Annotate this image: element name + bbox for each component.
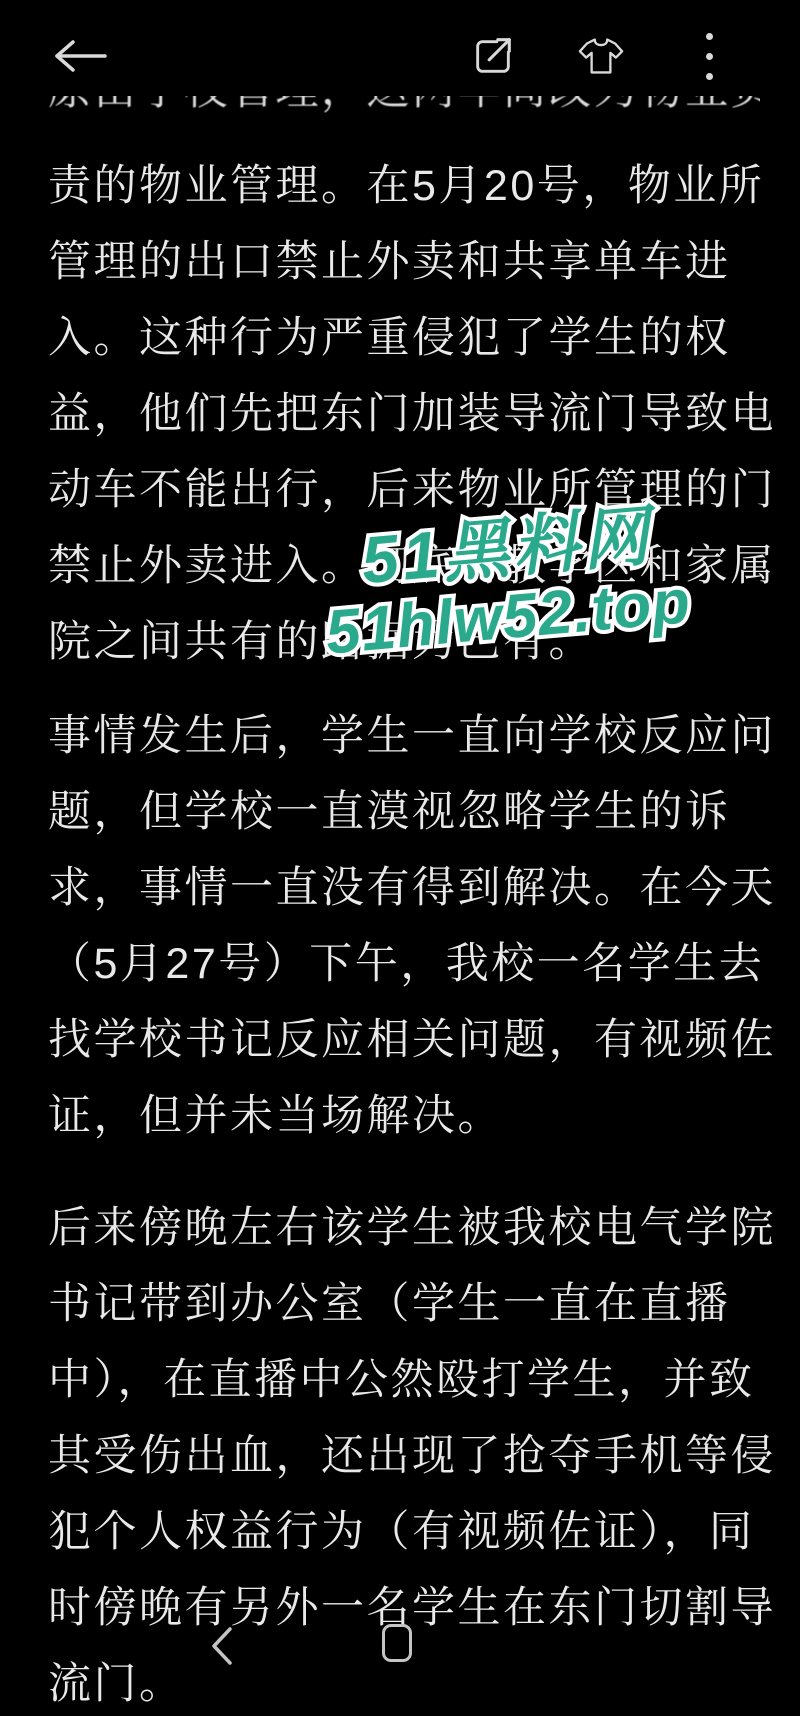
text-line: 求，事情一直没有得到解决。在今天 [48,850,760,926]
tshirt-theme-icon [576,34,626,78]
article-body: 原由学校管理，这两年间改为物业负 责的物业管理。在5月20号，物业所 管理的出口… [0,96,800,1716]
text-line: 原由学校管理，这两年间改为物业负 [48,96,760,128]
clipped-top-line: 原由学校管理，这两年间改为物业负 [48,96,760,132]
paragraph-1: 责的物业管理。在5月20号，物业所 管理的出口禁止外卖和共享单车进 入。这种行为… [48,148,760,680]
text-line: 动车不能出行，后来物业所管理的门 [48,452,760,528]
nav-home-icon [382,1624,412,1662]
nav-back-button[interactable] [200,1621,244,1671]
text-line: 责的物业管理。在5月20号，物业所 [48,148,760,224]
text-line: 管理的出口禁止外卖和共享单车进 [48,224,760,300]
reader-screen: 原由学校管理，这两年间改为物业负 责的物业管理。在5月20号，物业所 管理的出口… [0,0,800,1716]
text-line: 犯个人权益行为（有视频佐证），同 [48,1494,760,1570]
nav-home-button[interactable] [382,1624,418,1666]
android-nav-bar [0,1566,800,1716]
text-line: 证，但并未当场解决。 [48,1078,760,1154]
text-line: 事情发生后，学生一直向学校反应问 [48,698,760,774]
open-external-icon [470,33,516,79]
text-line: 院之间共有的路据为己有。 [48,604,760,680]
paragraph-2: 事情发生后，学生一直向学校反应问 题，但学校一直漠视忽略学生的诉 求，事情一直没… [48,698,760,1154]
text-line: 书记带到办公室（学生一直在直播 [48,1266,760,1342]
text-line: 中），在直播中公然殴打学生，并致 [48,1342,760,1418]
kebab-menu-icon [706,33,713,80]
back-button[interactable] [48,32,112,80]
back-arrow-icon [51,38,109,74]
text-line: 禁止外卖进入。彻底将教学区和家属 [48,528,760,604]
text-line: 找学校书记反应相关问题，有视频佐 [48,1002,760,1078]
theme-skin-button[interactable] [576,31,626,81]
toolbar-actions [468,31,800,81]
text-line: 其受伤出血，还出现了抢夺手机等侵 [48,1418,760,1494]
more-menu-button[interactable] [684,31,734,81]
open-external-button[interactable] [468,31,518,81]
text-line: 益，他们先把东门加装导流门导致电 [48,376,760,452]
text-line: 后来傍晚左右该学生被我校电气学院 [48,1190,760,1266]
nav-back-chevron-icon [209,1625,235,1667]
text-line: 入。这种行为严重侵犯了学生的权 [48,300,760,376]
text-line: 题，但学校一直漠视忽略学生的诉 [48,774,760,850]
text-line: （5月27号）下午，我校一名学生去 [48,926,760,1002]
